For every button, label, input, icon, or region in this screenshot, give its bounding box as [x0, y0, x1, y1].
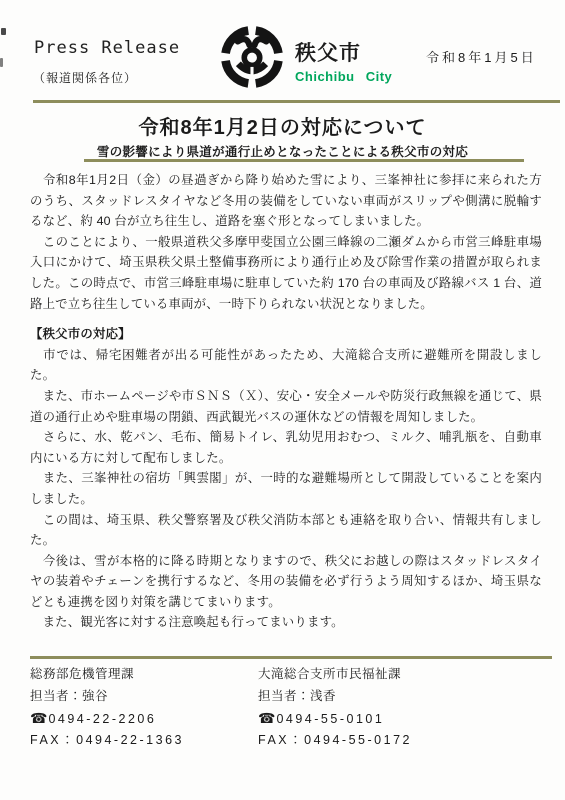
contact-person: 担当者：浅香 — [258, 686, 552, 708]
contact-department: 大滝総合支所市民福祉課 — [258, 664, 552, 686]
recipients-label: （報道関係各位） — [33, 69, 137, 86]
response-paragraph: 市では、帰宅困難者が出る可能性があったため、大滝総合支所に避難所を開設しました。 — [30, 345, 542, 386]
document-body: 令和8年1月2日（金）の昼過ぎから降り始めた雪により、三峯神社に参拝に来られた方… — [30, 170, 542, 633]
contact-fax: FAX：0494-55-0172 — [258, 730, 552, 752]
fax-number: 0494-55-0172 — [304, 733, 412, 747]
response-paragraph: 今後は、雪が本格的に降る時期となりますので、秩父にお越しの際はスタッドレスタイヤ… — [30, 551, 542, 613]
city-name-en: Chichibu City — [295, 69, 392, 84]
fax-label: FAX： — [30, 733, 76, 747]
contact-department: 総務部危機管理課 — [30, 664, 258, 686]
issue-date: 令和8年1月5日 — [426, 47, 537, 66]
contact-tel: ☎0494-22-2206 — [30, 708, 258, 731]
contact-footer: 総務部危機管理課 担当者：強谷 ☎0494-22-2206 FAX：0494-2… — [30, 664, 552, 752]
response-section-heading: 【秩父市の対応】 — [30, 324, 542, 345]
fax-label: FAX： — [258, 733, 304, 747]
tel-number: 0494-55-0101 — [276, 712, 384, 726]
response-paragraph: また、市ホームページや市ＳＮＳ（Ｘ）、安心・安全メールや防災行政無線を通じて、県… — [30, 386, 542, 427]
response-paragraph: また、観光客に対する注意喚起も行ってまいります。 — [30, 612, 542, 633]
phone-icon: ☎ — [258, 710, 275, 726]
document-title: 令和8年1月2日の対応について — [0, 111, 565, 140]
contact-block-crisis-management: 総務部危機管理課 担当者：強谷 ☎0494-22-2206 FAX：0494-2… — [30, 664, 258, 752]
fax-number: 0494-22-1363 — [76, 733, 184, 747]
phone-icon: ☎ — [30, 710, 47, 726]
footer-divider — [30, 656, 552, 659]
document-subtitle: 雪の影響により県道が通行止めとなったことによる秩父市の対応 — [0, 142, 565, 160]
response-paragraph: この間は、埼玉県、秩父警察署及び秩父消防本部とも連絡を取り合い、情報共有しました… — [30, 510, 542, 551]
chichibu-city-emblem-icon — [221, 26, 283, 88]
contact-fax: FAX：0494-22-1363 — [30, 730, 258, 752]
contact-person: 担当者：強谷 — [30, 686, 258, 708]
scan-artifact — [0, 58, 3, 67]
response-paragraph: また、三峯神社の宿坊「興雲閣」が、一時的な避難場所として開設していることを案内し… — [30, 468, 542, 509]
body-paragraph: このことにより、一般県道秩父多摩甲斐国立公園三峰線の二瀬ダムから市営三峰駐車場入… — [30, 232, 542, 314]
press-release-label: Press Release — [34, 38, 180, 58]
body-paragraph: 令和8年1月2日（金）の昼過ぎから降り始めた雪により、三峯神社に参拝に来られた方… — [30, 170, 542, 232]
city-name-jp: 秩父市 — [295, 37, 361, 67]
tel-number: 0494-22-2206 — [48, 712, 156, 726]
press-release-page: Press Release （報道関係各位） 秩父市 Chichibu City… — [0, 0, 565, 800]
response-paragraph: さらに、水、乾パン、毛布、簡易トイレ、乳幼児用おむつ、ミルク、哺乳瓶を、自動車内… — [30, 427, 542, 468]
header-divider — [33, 100, 560, 103]
contact-tel: ☎0494-55-0101 — [258, 708, 552, 731]
contact-block-otaki-branch: 大滝総合支所市民福祉課 担当者：浅香 ☎0494-55-0101 FAX：049… — [258, 664, 552, 752]
scan-artifact — [1, 28, 6, 35]
title-divider — [84, 159, 524, 162]
